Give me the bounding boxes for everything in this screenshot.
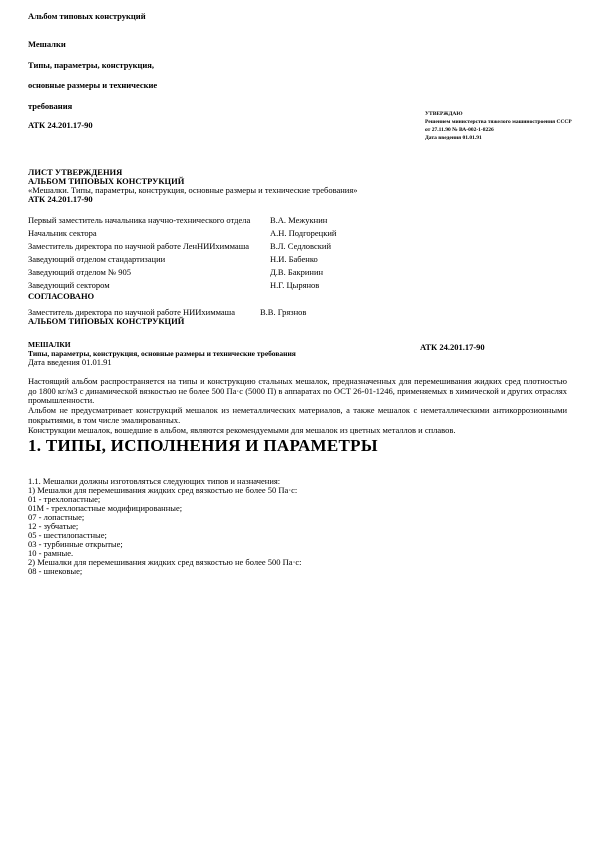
approval-sheet-doc-number: АТК 24.201.17-90 (28, 195, 567, 204)
signatory-name: Н.Г. Цырянов (270, 279, 567, 292)
doc-number: АТК 24.201.17-90 (28, 121, 328, 130)
signatory-role: Первый заместитель начальника научно-тех… (28, 214, 270, 227)
product-name: Мешалки (28, 38, 328, 50)
product-title-block: Мешалки Типы, параметры, конструкция, ос… (28, 38, 328, 112)
main-product-block: МЕШАЛКИ Типы, параметры, конструкция, ос… (28, 340, 567, 358)
document-header: Альбом типовых конструкций Мешалки Типы,… (28, 12, 328, 138)
product-subtitle-line: основные размеры и технические (28, 79, 328, 91)
product-subtitle-line: Типы, параметры, конструкция, (28, 59, 328, 71)
signatory-row: Заведующий сектором Н.Г. Цырянов (28, 279, 567, 292)
signatory-row: Заведующий отделом № 905 Д.В. Бакринин (28, 266, 567, 279)
type-list-item: 07 - лопастные; (28, 513, 567, 522)
stamp-line: УТВЕРЖДАЮ (425, 110, 590, 118)
signatories-table: Первый заместитель начальника научно-тех… (28, 214, 567, 292)
type-group-1: 1) Мешалки для перемешивания жидких сред… (28, 486, 567, 495)
signatory-row: Заведующий отделом стандартизации Н.И. Б… (28, 253, 567, 266)
approval-stamp: УТВЕРЖДАЮ Решением министерства тяжелого… (425, 110, 590, 142)
signatory-role: Заместитель директора по научной работе … (28, 240, 270, 253)
signatory-name: В.А. Межукнин (270, 214, 567, 227)
signatory-name: Д.В. Бакринин (270, 266, 567, 279)
type-list-item: 03 - турбинные открытые; (28, 540, 567, 549)
main-product-name: МЕШАЛКИ (28, 340, 408, 349)
approval-sheet-subtitle: «Мешалки. Типы, параметры, конструкция, … (28, 186, 567, 195)
signatory-role: Заведующий отделом стандартизации (28, 253, 270, 266)
main-doc-number: АТК 24.201.17-90 (420, 343, 485, 352)
main-product-subtitle: Типы, параметры, конструкция, основные р… (28, 349, 408, 358)
type-list-item: 08 - шнековые; (28, 567, 567, 576)
type-group-2: 2) Мешалки для перемешивания жидких сред… (28, 558, 567, 567)
document-page: Альбом типовых конструкций Мешалки Типы,… (0, 0, 595, 842)
signatory-row: Начальник сектора А.Н. Подгорецкий (28, 227, 567, 240)
section-1-heading: 1. ТИПЫ, ИСПОЛНЕНИЯ И ПАРАМЕТРЫ (28, 435, 567, 456)
signatory-name: Н.И. Бабенко (270, 253, 567, 266)
agreed-label: СОГЛАСОВАНО (28, 292, 567, 301)
effective-date: Дата введения 01.01.91 (28, 358, 567, 367)
signatory-name: В.Л. Седловский (270, 240, 567, 253)
album-label: Альбом типовых конструкций (28, 12, 328, 21)
signatory-role: Заведующий отделом № 905 (28, 266, 270, 279)
stamp-line: Решением министерства тяжелого машиностр… (425, 118, 590, 126)
type-list-item: 12 - зубчатые; (28, 522, 567, 531)
signatory-row: Первый заместитель начальника научно-тех… (28, 214, 567, 227)
recommendation-paragraph: Конструкции мешалок, вошедшие в альбом, … (28, 426, 567, 436)
signatory-row: Заместитель директора по научной работе … (28, 240, 567, 253)
exclusions-paragraph: Альбом не предусматривает конструкций ме… (28, 406, 567, 425)
main-album-title: АЛЬБОМ ТИПОВЫХ КОНСТРУКЦИЙ (28, 317, 567, 326)
signatory-name: А.Н. Подгорецкий (270, 227, 567, 240)
stamp-line: от 27.11.90 № ВА-002-1-8226 (425, 126, 590, 134)
document-body: ЛИСТ УТВЕРЖДЕНИЯ АЛЬБОМ ТИПОВЫХ КОНСТРУК… (28, 168, 567, 576)
stamp-line: Дата введения 01.01.91 (425, 134, 590, 142)
product-subtitle-line: требования (28, 100, 328, 112)
signatory-role: Начальник сектора (28, 227, 270, 240)
main-product-title: МЕШАЛКИ Типы, параметры, конструкция, ос… (28, 340, 408, 358)
type-list-item: 01М - трехлопастные модифицированные; (28, 504, 567, 513)
scope-paragraph: Настоящий альбом распространяется на тип… (28, 377, 567, 406)
agreed-name: В.В. Грязнов (260, 308, 567, 317)
